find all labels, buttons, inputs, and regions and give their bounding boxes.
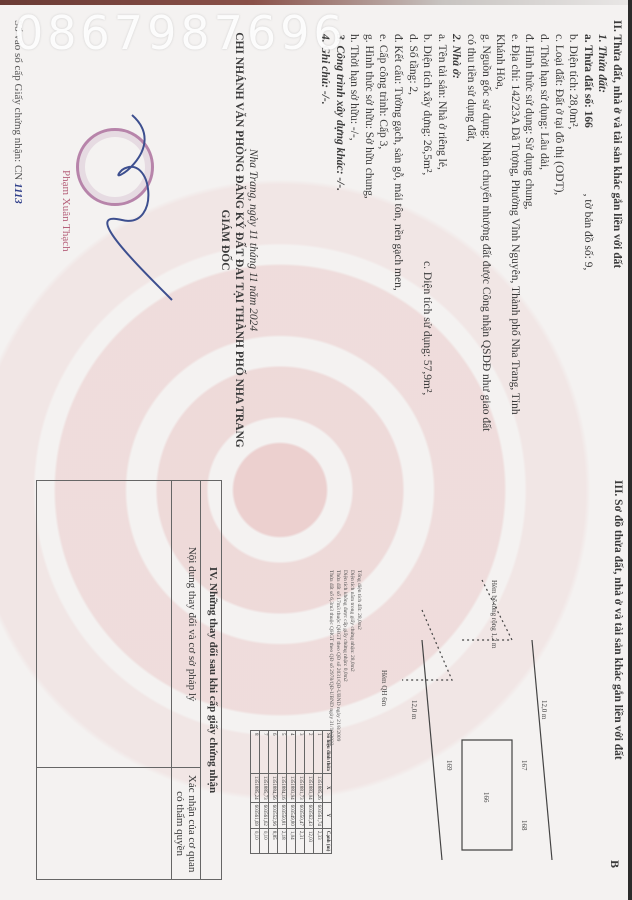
house-term: h. Thời hạn sở hữu: -/-,: [347, 20, 362, 440]
house-structure: đ. Kết cấu: Tường gạch, sàn gỗ, mái tôn,…: [391, 20, 406, 440]
parcel-no: a. Thửa đất số: 166: [582, 34, 594, 128]
phone-watermark: 0867987696: [14, 6, 347, 60]
section-iv-title: IV. Những thay đổi sau khi cấp giấy chứn…: [201, 481, 222, 880]
house-name: a. Tên tài sản: Nhà ở riêng lẻ,: [434, 20, 449, 440]
section-iii: III. Sơ đồ thửa đất, nhà ở và tài sản kh…: [612, 480, 624, 890]
svg-text:166: 166: [482, 792, 490, 803]
land-origin: g. Nguồn gốc sử dụng: Nhận chuyển nhượng…: [463, 20, 492, 440]
coord-row: 21351883,04603562,4312,03: [305, 731, 314, 854]
svg-text:12,0 m: 12,0 m: [410, 700, 418, 720]
coord-row: 81351885,24603561,690,10: [251, 731, 260, 854]
house-area-line: b. Diện tích xây dựng: 26,5m², c. Diện t…: [420, 20, 435, 440]
coord-row: 51351884,16603550,812,18: [278, 731, 287, 854]
north-arrow-label: B: [607, 860, 622, 868]
coord-row: 71351885,73603561,620,10: [260, 731, 269, 854]
land-address: e. Địa chỉ: 142/23A Dã Tượng, Phường Vĩn…: [493, 20, 522, 440]
serial-number-value: 1113: [12, 183, 24, 204]
land-use-form: đ. Hình thức sử dụng: Sử dụng chung,: [522, 20, 537, 440]
section-ii: II. Thửa đất, nhà ở và tài sản khác gắn …: [318, 20, 624, 440]
map-sheet: , tờ bản đồ số: 9,: [582, 194, 594, 271]
svg-text:167: 167: [520, 760, 528, 771]
diagram-notes: Tổng diện tích đất: 28,0m2 Diện tích nằm…: [327, 570, 362, 746]
section-iii-title: III. Sơ đồ thửa đất, nhà ở và tài sản kh…: [612, 480, 624, 890]
section-ii-title: II. Thửa đất, nhà ở và tài sản khác gắn …: [609, 20, 624, 440]
svg-text:169: 169: [445, 760, 453, 771]
house-heading: 2. Nhà ở:: [449, 20, 464, 440]
parcel-diagram: 166 167 168 169 12,0 m 12,0 m Hẻm bê tôn…: [342, 520, 572, 880]
issuing-org: CHI NHÁNH VĂN PHÒNG ĐĂNG KÝ ĐẤT ĐAI TẠI …: [232, 20, 246, 460]
signer-name: Phạm Xuân Thạch: [60, 170, 72, 252]
house-built-area: b. Diện tích xây dựng: 26,5m²,: [421, 34, 433, 175]
svg-text:Hẻm QH 6m: Hẻm QH 6m: [380, 670, 388, 707]
col-confirmation: Xác nhận của cơ quan có thẩm quyền: [172, 768, 201, 880]
land-area: b. Diện tích: 28,0m²,: [566, 20, 581, 440]
date-line: Nha Trang, ngày 11 tháng 11 năm 2024: [246, 20, 260, 460]
svg-text:Hẻm bê tông rộng 1,2 m: Hẻm bê tông rộng 1,2 m: [490, 580, 498, 649]
house-grade: e. Cấp công trình: Cấp 3,: [376, 20, 391, 440]
col-change-content: Nội dung thay đổi và cơ sở pháp lý: [172, 481, 201, 768]
coordinate-table: Số hiệu đỉnh thửa X Y Cạnh (m) 11351885,…: [250, 730, 332, 854]
svg-text:168: 168: [520, 820, 528, 831]
signature-block: Nha Trang, ngày 11 tháng 11 năm 2024 CHI…: [218, 20, 260, 460]
svg-text:12,0 m: 12,0 m: [540, 700, 548, 720]
notes: 4. Ghi chú: -/-.: [318, 20, 333, 440]
changes-table: IV. Những thay đổi sau khi cấp giấy chứn…: [36, 480, 222, 880]
land-type: c. Loại đất: Đất ở tại đô thị (ODT),: [551, 20, 566, 440]
house-floor-area: c. Diện tích sử dụng: 57,9m²,: [421, 261, 433, 395]
coord-row: 31351881,73603550,472,31: [296, 731, 305, 854]
house-floors: d. Số tầng: 2,: [405, 20, 420, 440]
coord-row: 41351883,94603549,801,04: [287, 731, 296, 854]
house-ownership: g. Hình thức sở hữu: Sở hữu chung,: [361, 20, 376, 440]
other-works: 3. Công trình xây dựng khác: -/-.: [332, 20, 347, 440]
land-term: d. Thời hạn sử dụng: Lâu dài,: [536, 20, 551, 440]
coord-row: 61351884,56603552,968,85: [269, 731, 278, 854]
certificate-page: II. Thửa đất, nhà ở và tài sản khác gắn …: [0, 0, 632, 900]
land-parcel-line: a. Thửa đất số: 166 , tờ bản đồ số: 9,: [580, 20, 595, 440]
land-heading: 1. Thửa đất:: [595, 20, 610, 440]
signer-title: GIÁM ĐỐC: [218, 20, 232, 460]
coord-row: 11351885,26603561,742,33: [314, 731, 323, 854]
